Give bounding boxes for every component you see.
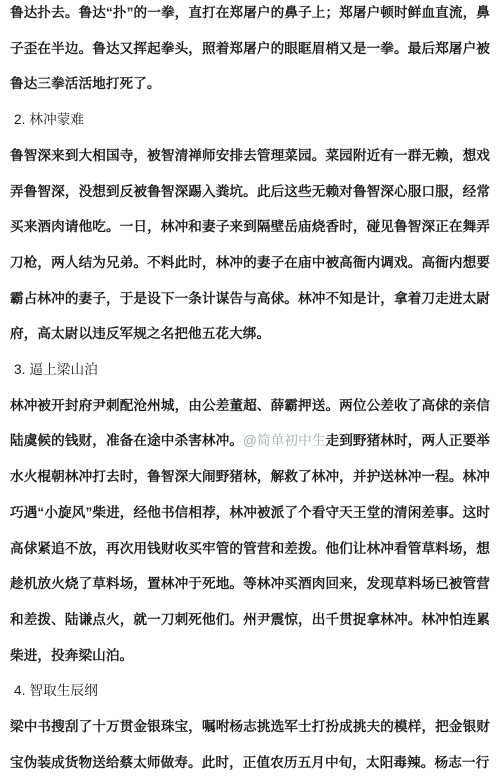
section-heading-3-bishang-liangshanbo: 3. 逼上梁山泊 [10, 352, 490, 388]
paragraph-luda-kills-butcher: 鲁达扑去。鲁达“扑”的一拳，直打在郑屠户的鼻子上；郑屠户顿时鲜血直流，鼻子歪在半… [10, 0, 490, 102]
section-heading-2-linchong-mengnan: 2. 林冲蒙难 [10, 102, 490, 138]
paragraph-zhiqu-shengchengang: 梁中书搜刮了十万贯金银珠宝，嘱咐杨志挑选军士打扮成挑夫的模样，把金银财宝伪装成货… [10, 709, 490, 776]
section-heading-4-zhiqu-shengchengang: 4. 智取生辰纲 [10, 673, 490, 709]
document-page: 鲁达扑去。鲁达“扑”的一拳，直打在郑屠户的鼻子上；郑屠户顿时鲜血直流，鼻子歪在半… [0, 0, 499, 776]
paragraph-linchong-mengnan: 鲁智深来到大相国寺，被智清禅师安排去管理菜园。菜园附近有一群无赖，想戏弄鲁智深，… [10, 138, 490, 352]
paragraph-bishang-liangshanbo: 林冲被开封府尹刺配沧州城，由公差董超、薛霸押送。两位公差收了高俅的亲信陆虞候的钱… [10, 388, 490, 674]
paragraph-text-after-watermark: 走到野猪林时，两人正要举水火棍朝林冲打去时，鲁智深大闹野猪林，解救了林冲，并护送… [10, 433, 490, 662]
watermark-text: @简单初中生 [243, 433, 325, 448]
